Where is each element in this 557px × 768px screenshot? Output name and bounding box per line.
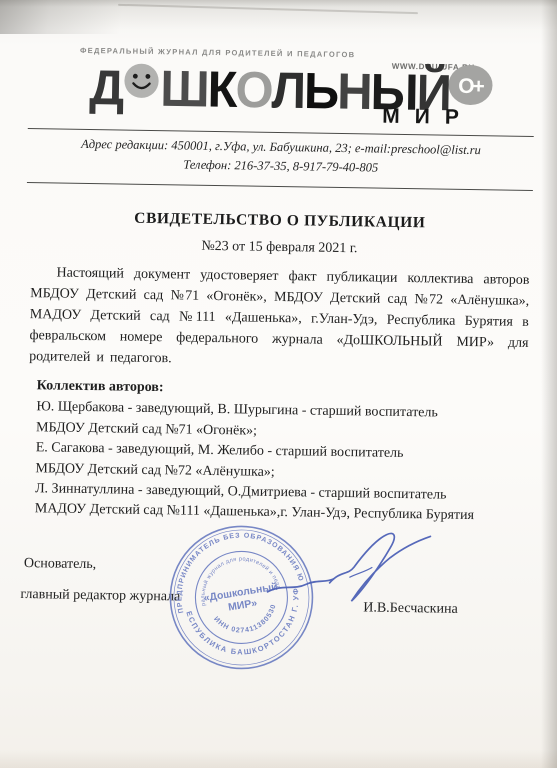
smiley-face-icon (123, 54, 160, 91)
document-sheet: ФЕДЕРАЛЬНЫЙ ЖУРНАЛ ДЛЯ РОДИТЕЛЕЙ И ПЕДАГ… (0, 0, 557, 768)
scan-edge-shadow-bottom (0, 750, 557, 768)
logo-letter-d: Д (89, 61, 123, 116)
contact-block: Адрес редакции: 450001, г.Уфа, ул. Бабуш… (2, 134, 557, 181)
logo-subtitle-mir: МИР (343, 104, 513, 131)
founder-label-line1: Основатель, (24, 556, 97, 573)
certificate-title: СВИДЕТЕЛЬСТВО О ПУБЛИКАЦИИ (1, 208, 557, 235)
scan-edge-shadow-right (541, 0, 557, 768)
svg-text:О+: О+ (458, 75, 485, 98)
header-divider-bottom (27, 182, 533, 191)
founder-label-line2: главный редактор журнала (20, 587, 180, 606)
authors-block: Коллектив авторов: Ю. Щербакова - заведу… (35, 376, 529, 528)
certificate-body-paragraph: Настоящий документ удостоверяет факт пуб… (29, 262, 530, 375)
scanned-certificate-page: ФЕДЕРАЛЬНЫЙ ЖУРНАЛ ДЛЯ РОДИТЕЛЕЙ И ПЕДАГ… (0, 0, 557, 768)
certificate-number-date: №23 от 15 февраля 2021 г. (1, 236, 557, 261)
signature-scribble (253, 526, 455, 633)
age-rating-badge: О+ (448, 61, 495, 104)
